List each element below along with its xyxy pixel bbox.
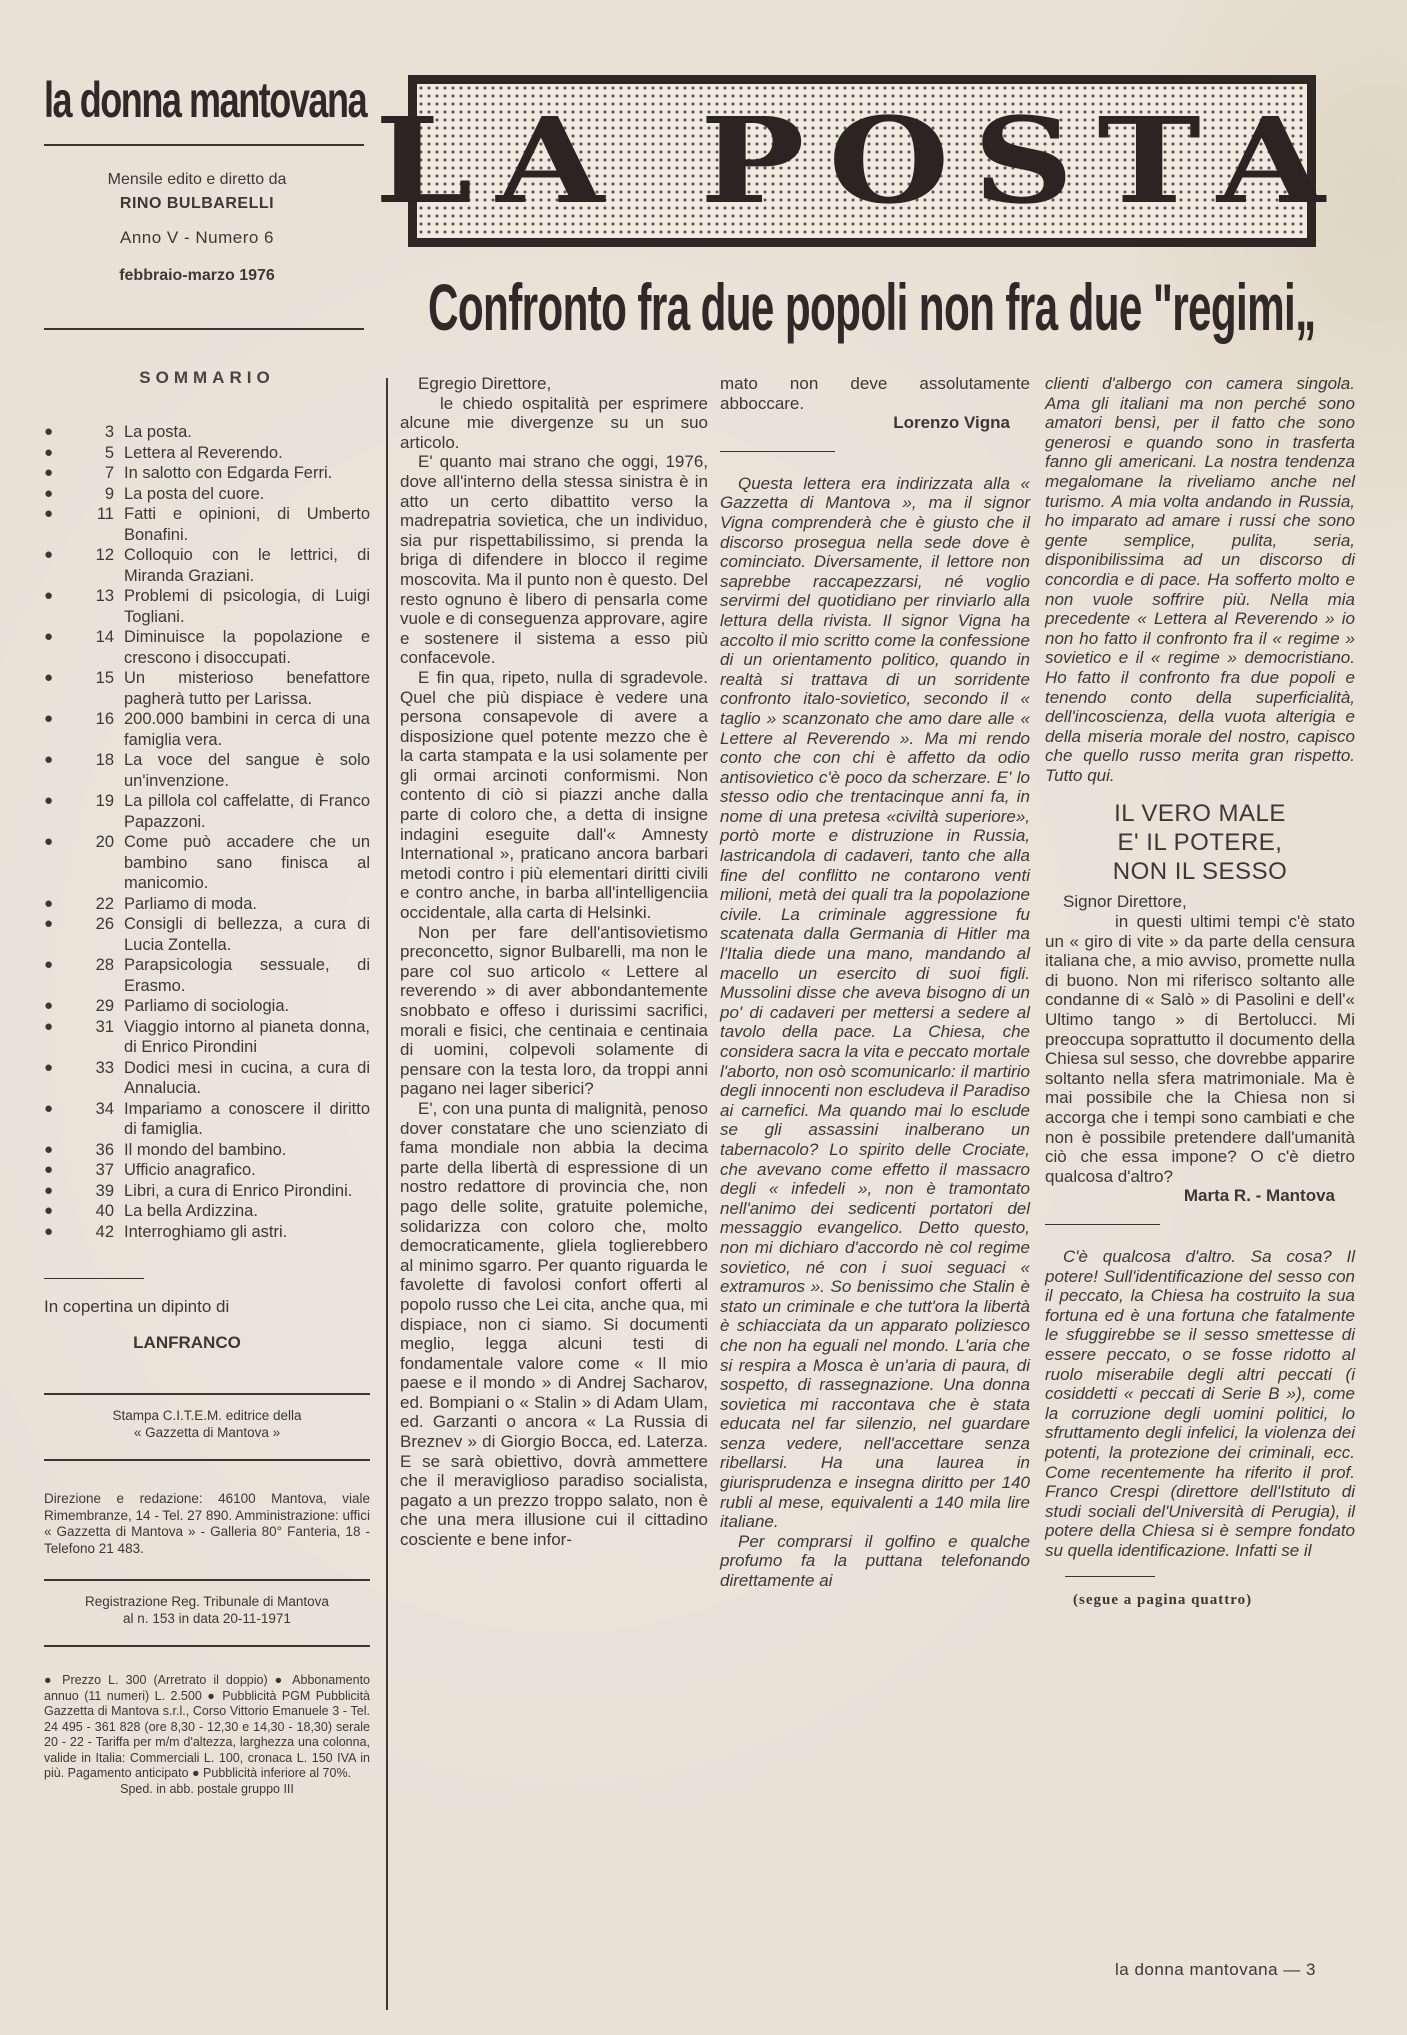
bullet-icon: ● <box>44 1201 74 1222</box>
publication-info: Mensile edito e diretto da RINO BULBAREL… <box>44 168 370 288</box>
bullet-icon: ● <box>44 668 74 689</box>
table-of-contents: ●3La posta.●5Lettera al Reverendo.●7In s… <box>44 422 370 1242</box>
toc-item: ●3La posta. <box>44 422 370 443</box>
toc-page-number: 18 <box>74 750 124 771</box>
divider <box>44 328 364 330</box>
bullet-icon: ● <box>44 463 74 484</box>
bullet-icon: ● <box>44 443 74 464</box>
toc-page-number: 28 <box>74 955 124 976</box>
toc-page-number: 12 <box>74 545 124 566</box>
toc-page-number: 22 <box>74 894 124 915</box>
toc-page-number: 16 <box>74 709 124 730</box>
toc-item: ●34Impariamo a conoscere il diritto di f… <box>44 1099 370 1140</box>
issue-number: Anno V - Numero 6 <box>44 226 350 250</box>
toc-item-title: Ufficio anagrafico. <box>124 1160 370 1181</box>
toc-item-title: In salotto con Edgarda Ferri. <box>124 463 370 484</box>
toc-item-title: Consigli di bellezza, a cura di Lucia Zo… <box>124 914 370 955</box>
toc-page-number: 31 <box>74 1017 124 1038</box>
toc-item: ●19La pillola col caffelatte, di Franco … <box>44 791 370 832</box>
toc-item: ●5Lettera al Reverendo. <box>44 443 370 464</box>
letter-paragraph: Non per fare dell'antisovietismo preconc… <box>400 923 708 1099</box>
article-headline: Confronto fra due popoli non fra due "re… <box>428 272 991 342</box>
divider <box>44 144 364 146</box>
address-info: Direzione e redazione: 46100 Mantova, vi… <box>44 1491 370 1557</box>
letter-paragraph: E fin qua, ripeto, nulla di sgradevole. … <box>400 668 708 923</box>
editor-reply: Per comprarsi il golfino e qualche profu… <box>720 1532 1030 1591</box>
bullet-icon: ● <box>44 996 74 1017</box>
toc-page-number: 5 <box>74 443 124 464</box>
article-column-3: clienti d'albergo con camera singola. Am… <box>1045 374 1355 1611</box>
toc-item: ●39Libri, a cura di Enrico Pirondini. <box>44 1181 370 1202</box>
toc-item: ●20Come può accadere che un bambino sano… <box>44 832 370 894</box>
toc-item: ●37Ufficio anagrafico. <box>44 1160 370 1181</box>
toc-page-number: 3 <box>74 422 124 443</box>
toc-page-number: 37 <box>74 1160 124 1181</box>
toc-item-title: La pillola col caffelatte, di Franco Pap… <box>124 791 370 832</box>
letter-paragraph: E' quanto mai strano che oggi, 1976, dov… <box>400 452 708 668</box>
toc-item: ●36Il mondo del bambino. <box>44 1140 370 1161</box>
divider <box>1045 1224 1160 1225</box>
toc-page-number: 29 <box>74 996 124 1017</box>
bullet-icon: ● <box>44 750 74 771</box>
toc-item-title: Un misterioso benefattore pagherà tutto … <box>124 668 370 709</box>
toc-item-title: Viaggio intorno al pianeta donna, di Enr… <box>124 1017 370 1058</box>
magazine-page: la donna mantovana Mensile edito e diret… <box>0 0 1407 2035</box>
toc-title: SOMMARIO <box>44 368 370 388</box>
toc-item: ●42Interroghiamo gli astri. <box>44 1222 370 1243</box>
letter-salutation: Signor Direttore, <box>1045 892 1355 912</box>
toc-item: ●40La bella Ardizzina. <box>44 1201 370 1222</box>
bullet-icon: ● <box>44 586 74 607</box>
bullet-icon: ● <box>44 791 74 812</box>
toc-item-title: Fatti e opinioni, di Umberto Bonafini. <box>124 504 370 545</box>
letter-paragraph-continued: mato non deve assolutamente abboccare. <box>720 374 1030 413</box>
cover-artist: LANFRANCO <box>44 1333 370 1353</box>
toc-item-title: Colloquio con le lettrici, di Miranda Gr… <box>124 545 370 586</box>
bullet-icon: ● <box>44 914 74 935</box>
toc-page-number: 20 <box>74 832 124 853</box>
letter-paragraph: in questi ultimi tempi c'è stato un « gi… <box>1045 912 1355 1186</box>
page-folio: la donna mantovana — 3 <box>1115 1960 1316 1980</box>
postal-info: Sped. in abb. postale gruppo III <box>44 1782 370 1798</box>
toc-item-title: 200.000 bambini in cerca di una famiglia… <box>124 709 370 750</box>
printer-info: Stampa C.I.T.E.M. editrice della « Gazze… <box>44 1407 370 1441</box>
bullet-icon: ● <box>44 894 74 915</box>
toc-item: ●33Dodici mesi in cucina, a cura di Anna… <box>44 1058 370 1099</box>
toc-item-title: La posta. <box>124 422 370 443</box>
toc-page-number: 7 <box>74 463 124 484</box>
divider <box>44 1645 370 1647</box>
toc-item-title: La voce del sangue è solo un'invenzione. <box>124 750 370 791</box>
tagline: Mensile edito e diretto da <box>44 168 350 192</box>
toc-item-title: Diminuisce la popolazione e crescono i d… <box>124 627 370 668</box>
toc-item: ●14Diminuisce la popolazione e crescono … <box>44 627 370 668</box>
editor-name: RINO BULBARELLI <box>44 192 350 216</box>
toc-item-title: Impariamo a conoscere il diritto di fami… <box>124 1099 370 1140</box>
letter-signature: Lorenzo Vigna <box>720 413 1030 433</box>
toc-page-number: 26 <box>74 914 124 935</box>
divider <box>1065 1576 1155 1577</box>
registration-info: Registrazione Reg. Tribunale di Mantova … <box>44 1593 370 1627</box>
bullet-icon: ● <box>44 545 74 566</box>
bullet-icon: ● <box>44 504 74 525</box>
toc-item: ●9La posta del cuore. <box>44 484 370 505</box>
toc-item: ●22Parliamo di moda. <box>44 894 370 915</box>
letter-subhead: IL VERO MALE E' IL POTERE, NON IL SESSO <box>1045 799 1355 886</box>
toc-item: ●28Parapsicologia sessuale, di Erasmo. <box>44 955 370 996</box>
divider <box>44 1393 370 1395</box>
toc-item-title: Parliamo di moda. <box>124 894 370 915</box>
toc-page-number: 14 <box>74 627 124 648</box>
bullet-icon: ● <box>44 1017 74 1038</box>
toc-page-number: 42 <box>74 1222 124 1243</box>
letter-signature: Marta R. - Mantova <box>1045 1186 1355 1206</box>
bullet-icon: ● <box>44 955 74 976</box>
toc-item: ●15Un misterioso benefattore pagherà tut… <box>44 668 370 709</box>
toc-item-title: Lettera al Reverendo. <box>124 443 370 464</box>
letter-paragraph: le chiedo ospitalità per esprimere alcun… <box>400 394 708 453</box>
toc-item: ●16200.000 bambini in cerca di una famig… <box>44 709 370 750</box>
issue-date: febbraio-marzo 1976 <box>44 264 350 288</box>
editor-reply-continued: clienti d'albergo con camera singola. Am… <box>1045 374 1355 785</box>
pricing-info: ● Prezzo L. 300 (Arretrato il doppio) ● … <box>44 1673 370 1797</box>
bullet-icon: ● <box>44 1222 74 1243</box>
toc-item-title: Dodici mesi in cucina, a cura di Annaluc… <box>124 1058 370 1099</box>
toc-item-title: Come può accadere che un bambino sano fi… <box>124 832 370 894</box>
cover-credit-label: In copertina un dipinto di <box>44 1297 370 1317</box>
toc-item-title: Problemi di psicologia, di Luigi Toglian… <box>124 586 370 627</box>
divider <box>720 451 835 452</box>
bullet-icon: ● <box>44 1181 74 1202</box>
letter-salutation: Egregio Direttore, <box>400 374 708 394</box>
bullet-icon: ● <box>44 832 74 853</box>
toc-item: ●18La voce del sangue è solo un'invenzio… <box>44 750 370 791</box>
editor-reply: Questa lettera era indirizzata alla « Ga… <box>720 474 1030 1532</box>
article-column-2: mato non deve assolutamente abboccare. L… <box>720 374 1030 1591</box>
toc-page-number: 9 <box>74 484 124 505</box>
bullet-icon: ● <box>44 627 74 648</box>
toc-item: ●13Problemi di psicologia, di Luigi Togl… <box>44 586 370 627</box>
toc-page-number: 36 <box>74 1140 124 1161</box>
toc-page-number: 40 <box>74 1201 124 1222</box>
article-column-1: Egregio Direttore, le chiedo ospitalità … <box>400 374 708 1550</box>
toc-item-title: Libri, a cura di Enrico Pirondini. <box>124 1181 370 1202</box>
section-title: LA POSTA <box>375 102 1349 220</box>
bullet-icon: ● <box>44 1160 74 1181</box>
toc-page-number: 34 <box>74 1099 124 1120</box>
toc-page-number: 11 <box>74 504 124 525</box>
bullet-icon: ● <box>44 709 74 730</box>
letter-paragraph: E', con una punta di malignità, penoso d… <box>400 1099 708 1550</box>
bullet-icon: ● <box>44 1140 74 1161</box>
editor-reply: C'è qualcosa d'altro. Sa cosa? Il potere… <box>1045 1247 1355 1561</box>
divider <box>44 1278 144 1279</box>
divider <box>44 1459 370 1461</box>
left-sidebar: la donna mantovana Mensile edito e diret… <box>44 70 370 1797</box>
toc-item: ●26Consigli di bellezza, a cura di Lucia… <box>44 914 370 955</box>
toc-page-number: 13 <box>74 586 124 607</box>
toc-item-title: Parliamo di sociologia. <box>124 996 370 1017</box>
toc-item: ●29Parliamo di sociologia. <box>44 996 370 1017</box>
toc-item: ●31Viaggio intorno al pianeta donna, di … <box>44 1017 370 1058</box>
toc-page-number: 15 <box>74 668 124 689</box>
continued-note: (segue a pagina quattro) <box>1045 1591 1355 1611</box>
toc-item-title: La posta del cuore. <box>124 484 370 505</box>
toc-item-title: La bella Ardizzina. <box>124 1201 370 1222</box>
bullet-icon: ● <box>44 422 74 443</box>
section-banner: LA POSTA <box>408 75 1316 247</box>
bullet-icon: ● <box>44 484 74 505</box>
toc-page-number: 33 <box>74 1058 124 1079</box>
column-divider <box>386 378 388 2010</box>
toc-item-title: Interroghiamo gli astri. <box>124 1222 370 1243</box>
toc-item-title: Il mondo del bambino. <box>124 1140 370 1161</box>
toc-item: ●7In salotto con Edgarda Ferri. <box>44 463 370 484</box>
toc-item-title: Parapsicologia sessuale, di Erasmo. <box>124 955 370 996</box>
divider <box>44 1579 370 1581</box>
masthead-title: la donna mantovana <box>44 70 279 130</box>
toc-item: ●11Fatti e opinioni, di Umberto Bonafini… <box>44 504 370 545</box>
bullet-icon: ● <box>44 1058 74 1079</box>
toc-page-number: 19 <box>74 791 124 812</box>
toc-item: ●12Colloquio con le lettrici, di Miranda… <box>44 545 370 586</box>
bullet-icon: ● <box>44 1099 74 1120</box>
toc-page-number: 39 <box>74 1181 124 1202</box>
